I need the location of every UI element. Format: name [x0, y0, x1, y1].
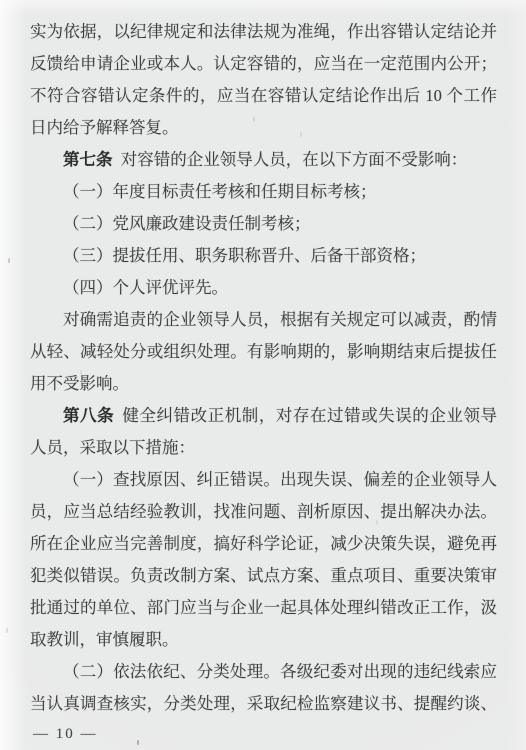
document-line: 批通过的单位、部门应当与企业一起具体处理纠错改正工作，汲 [30, 592, 497, 624]
article-number: 第七条 [63, 150, 113, 169]
line-text: 取教训，审慎履职。 [30, 630, 179, 649]
line-text: 不符合容错认定条件的，应当在容错认定结论作出后 10 个工作 [30, 86, 497, 105]
document-line: 当认真调查核实，分类处理，采取纪检监察建议书、提醒约谈、 [30, 688, 497, 720]
line-text: 对容错的企业领导人员，在以下方面不受影响： [121, 150, 468, 169]
line-text: 实为依据，以纪律规定和法律法规为准绳，作出容错认定结论并 [30, 22, 497, 41]
document-line-list-item: （二）依法依纪、分类处理。各级纪委对出现的违纪线索应 [30, 656, 497, 688]
document-line-article-7: 第七条对容错的企业领导人员，在以下方面不受影响： [30, 144, 497, 176]
scan-noise [8, 258, 10, 263]
document-line: 日内给予解释答复。 [30, 112, 497, 144]
line-text: （三）提拔任用、职务职称晋升、后备干部资格； [63, 246, 426, 265]
line-text: 健全纠错改正机制，对存在过错或失误的企业领导 [122, 406, 497, 425]
document-line: 对确需追责的企业领导人员，根据有关规定可以减责，酌情 [30, 304, 497, 336]
document-line-list-item: （一）年度目标责任考核和任期目标考核； [30, 176, 497, 208]
document-line-list-item: （二）党风廉政建设责任制考核； [30, 208, 497, 240]
line-text: 当认真调查核实，分类处理，采取纪检监察建议书、提醒约谈、 [30, 694, 497, 713]
line-text: 人员，采取以下措施： [30, 438, 195, 457]
document-body: 实为依据，以纪律规定和法律法规为准绳，作出容错认定结论并 反馈给申请企业或本人。… [30, 16, 497, 720]
line-text: 犯类似错误。负责改制方案、试点方案、重点项目、重要决策审 [30, 566, 497, 585]
line-text: （四）个人评优评先。 [63, 278, 228, 297]
line-text: （一）年度目标责任考核和任期目标考核； [63, 182, 377, 201]
line-text: 员，应当总结经验教训，找准问题、剖析原因、提出解决办法。 [30, 502, 497, 521]
line-text: （二）党风廉政建设责任制考核； [63, 214, 311, 233]
document-line: 不符合容错认定条件的，应当在容错认定结论作出后 10 个工作 [30, 80, 497, 112]
document-line: 所在企业应当完善制度，搞好科学论证，减少决策失误，避免再 [30, 528, 497, 560]
document-line-article-8: 第八条健全纠错改正机制，对存在过错或失误的企业领导 [30, 400, 497, 432]
scanned-page: 实为依据，以纪律规定和法律法规为准绳，作出容错认定结论并 反馈给申请企业或本人。… [0, 0, 526, 750]
line-text: 对确需追责的企业领导人员，根据有关规定可以减责，酌情 [63, 310, 497, 329]
document-line: 反馈给申请企业或本人。认定容错的，应当在一定范围内公开； [30, 48, 497, 80]
line-text: 批通过的单位、部门应当与企业一起具体处理纠错改正工作，汲 [30, 598, 497, 617]
line-text: 所在企业应当完善制度，搞好科学论证，减少决策失误，避免再 [30, 534, 497, 553]
line-text: 日内给予解释答复。 [30, 118, 179, 137]
document-line: 从轻、减轻处分或组织处理。有影响期的，影响期结束后提拔任 [30, 336, 497, 368]
document-line: 用不受影响。 [30, 368, 497, 400]
document-line-list-item: （一）查找原因、纠正错误。出现失误、偏差的企业领导人 [30, 464, 497, 496]
line-text: （二）依法依纪、分类处理。各级纪委对出现的违纪线索应 [63, 662, 497, 681]
line-text: （一）查找原因、纠正错误。出现失误、偏差的企业领导人 [63, 470, 497, 489]
page-number: — 10 — [33, 722, 98, 746]
line-text: 用不受影响。 [30, 374, 129, 393]
document-line-list-item: （三）提拔任用、职务职称晋升、后备干部资格； [30, 240, 497, 272]
document-line: 犯类似错误。负责改制方案、试点方案、重点项目、重要决策审 [30, 560, 497, 592]
document-line: 员，应当总结经验教训，找准问题、剖析原因、提出解决办法。 [30, 496, 497, 528]
line-text: 反馈给申请企业或本人。认定容错的，应当在一定范围内公开； [30, 54, 497, 73]
line-text: 从轻、减轻处分或组织处理。有影响期的，影响期结束后提拔任 [30, 342, 497, 361]
document-line: 取教训，审慎履职。 [30, 624, 497, 656]
article-number: 第八条 [63, 406, 114, 425]
document-line-list-item: （四）个人评优评先。 [30, 272, 497, 304]
document-line: 人员，采取以下措施： [30, 432, 497, 464]
document-line: 实为依据，以纪律规定和法律法规为准绳，作出容错认定结论并 [30, 16, 497, 48]
